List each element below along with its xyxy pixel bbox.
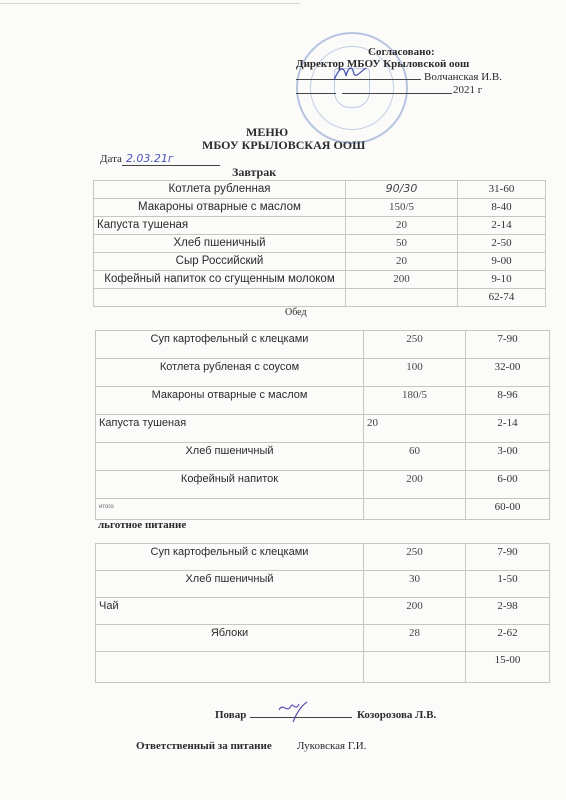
dish-name: Чай <box>96 598 364 625</box>
total-label <box>94 289 346 307</box>
cook-signature-icon <box>275 700 315 726</box>
dish-portion: 90/30 <box>346 181 458 199</box>
dish-portion: 20 <box>346 253 458 271</box>
approval-date-line <box>296 85 452 97</box>
benefit-title: льготное питание <box>98 519 186 531</box>
table-row: Хлеб пшеничный502-50 <box>94 235 546 253</box>
dish-name: Котлета рубленная <box>94 181 346 199</box>
dish-price: 2-50 <box>458 235 546 253</box>
responsible-label: Ответственный за питание <box>136 740 272 752</box>
scan-edge-line <box>0 3 300 4</box>
dish-price: 1-50 <box>466 571 550 598</box>
dish-name: Котлета рубленая с соусом <box>96 359 364 387</box>
total-price: 62-74 <box>458 289 546 307</box>
dish-portion: 50 <box>346 235 458 253</box>
dish-portion: 250 <box>364 331 466 359</box>
total-empty-cell <box>346 289 458 307</box>
table-row: Капуста тушеная202-14 <box>94 217 546 235</box>
dish-price: 2-98 <box>466 598 550 625</box>
dish-price: 7-90 <box>466 331 550 359</box>
approval-label: Согласовано: <box>368 46 435 58</box>
table-row: Хлеб пшеничный301-50 <box>96 571 550 598</box>
approval-position: Директор МБОУ Крыловской оош <box>296 58 469 70</box>
dish-portion: 30 <box>364 571 466 598</box>
table-row: Хлеб пшеничный603-00 <box>96 443 550 471</box>
school-name: МБОУ КРЫЛОВСКАЯ ООШ <box>202 138 365 153</box>
dish-name: Капуста тушеная <box>94 217 346 235</box>
breakfast-table: Котлета рубленная90/3031-60Макароны отва… <box>93 180 546 307</box>
benefit-table: Суп картофельный с клецками2507-90Хлеб п… <box>95 543 550 683</box>
total-row: 15-00 <box>96 652 550 683</box>
benefit-rows: Суп картофельный с клецками2507-90Хлеб п… <box>96 544 550 683</box>
breakfast-title: Завтрак <box>232 165 276 180</box>
responsible-name: Луковская Г.И. <box>297 740 366 752</box>
table-row: Яблоки282-62 <box>96 625 550 652</box>
cook-label: Повар <box>215 709 246 721</box>
dish-name: Макароны отварные с маслом <box>94 199 346 217</box>
total-price: 60-00 <box>466 499 550 520</box>
table-row: Кофейный напиток со сгущенным молоком200… <box>94 271 546 289</box>
table-row: Котлета рубленная90/3031-60 <box>94 181 546 199</box>
dish-name: Сыр Российский <box>94 253 346 271</box>
dish-name: Хлеб пшеничный <box>96 443 364 471</box>
dish-price: 3-00 <box>466 443 550 471</box>
table-row: Макароны отварные с маслом150/58-40 <box>94 199 546 217</box>
table-row: Суп картофельный с клецками2507-90 <box>96 544 550 571</box>
dish-price: 32-00 <box>466 359 550 387</box>
dish-name: Яблоки <box>96 625 364 652</box>
dish-portion: 60 <box>364 443 466 471</box>
total-row: 62-74 <box>94 289 546 307</box>
total-label <box>96 652 364 683</box>
date-label: Дата <box>100 153 122 165</box>
dish-price: 9-00 <box>458 253 546 271</box>
dish-price: 9-10 <box>458 271 546 289</box>
cook-name: Козорозова Л.В. <box>357 709 436 721</box>
table-row: Котлета рубленая с соусом10032-00 <box>96 359 550 387</box>
dish-name: Кофейный напиток со сгущенным молоком <box>94 271 346 289</box>
dish-portion: 200 <box>364 598 466 625</box>
dish-name: Суп картофельный с клецками <box>96 331 364 359</box>
table-row: Макароны отварные с маслом180/58-96 <box>96 387 550 415</box>
date-value: 2.03.21г <box>126 152 174 165</box>
director-signature-icon <box>330 62 370 84</box>
dish-price: 8-96 <box>466 387 550 415</box>
breakfast-rows: Котлета рубленная90/3031-60Макароны отва… <box>94 181 546 307</box>
table-row: Кофейный напиток2006-00 <box>96 471 550 499</box>
dish-portion: 20 <box>346 217 458 235</box>
total-label: итого <box>96 499 364 520</box>
date-field: Дата2.03.21г <box>100 152 220 166</box>
dish-portion: 100 <box>364 359 466 387</box>
dish-price: 8-40 <box>458 199 546 217</box>
total-empty-cell <box>364 499 466 520</box>
dish-price: 2-62 <box>466 625 550 652</box>
dish-name: Кофейный напиток <box>96 471 364 499</box>
table-row: Чай2002-98 <box>96 598 550 625</box>
dish-portion: 180/5 <box>364 387 466 415</box>
table-row: Суп картофельный с клецками2507-90 <box>96 331 550 359</box>
table-row: Сыр Российский209-00 <box>94 253 546 271</box>
dish-name: Хлеб пшеничный <box>94 235 346 253</box>
total-row: итого60-00 <box>96 499 550 520</box>
dish-portion: 28 <box>364 625 466 652</box>
dish-portion: 250 <box>364 544 466 571</box>
dish-portion: 200 <box>364 471 466 499</box>
dish-name: Макароны отварные с маслом <box>96 387 364 415</box>
total-price: 15-00 <box>466 652 550 683</box>
approval-name: Волчанская И.В. <box>424 71 502 83</box>
dish-name: Суп картофельный с клецками <box>96 544 364 571</box>
dish-name: Капуста тушеная <box>96 415 364 443</box>
lunch-table: Суп картофельный с клецками2507-90Котлет… <box>95 330 550 520</box>
lunch-title: Обед <box>285 307 307 318</box>
dish-portion: 150/5 <box>346 199 458 217</box>
dish-price: 2-14 <box>458 217 546 235</box>
dish-name: Хлеб пшеничный <box>96 571 364 598</box>
dish-price: 31-60 <box>458 181 546 199</box>
approval-year: 2021 г <box>453 84 482 96</box>
dish-portion: 200 <box>346 271 458 289</box>
dish-portion: 20 <box>364 415 466 443</box>
table-row: Капуста тушеная202-14 <box>96 415 550 443</box>
dish-price: 6-00 <box>466 471 550 499</box>
dish-price: 2-14 <box>466 415 550 443</box>
lunch-rows: Суп картофельный с клецками2507-90Котлет… <box>96 331 550 520</box>
dish-price: 7-90 <box>466 544 550 571</box>
total-empty-cell <box>364 652 466 683</box>
